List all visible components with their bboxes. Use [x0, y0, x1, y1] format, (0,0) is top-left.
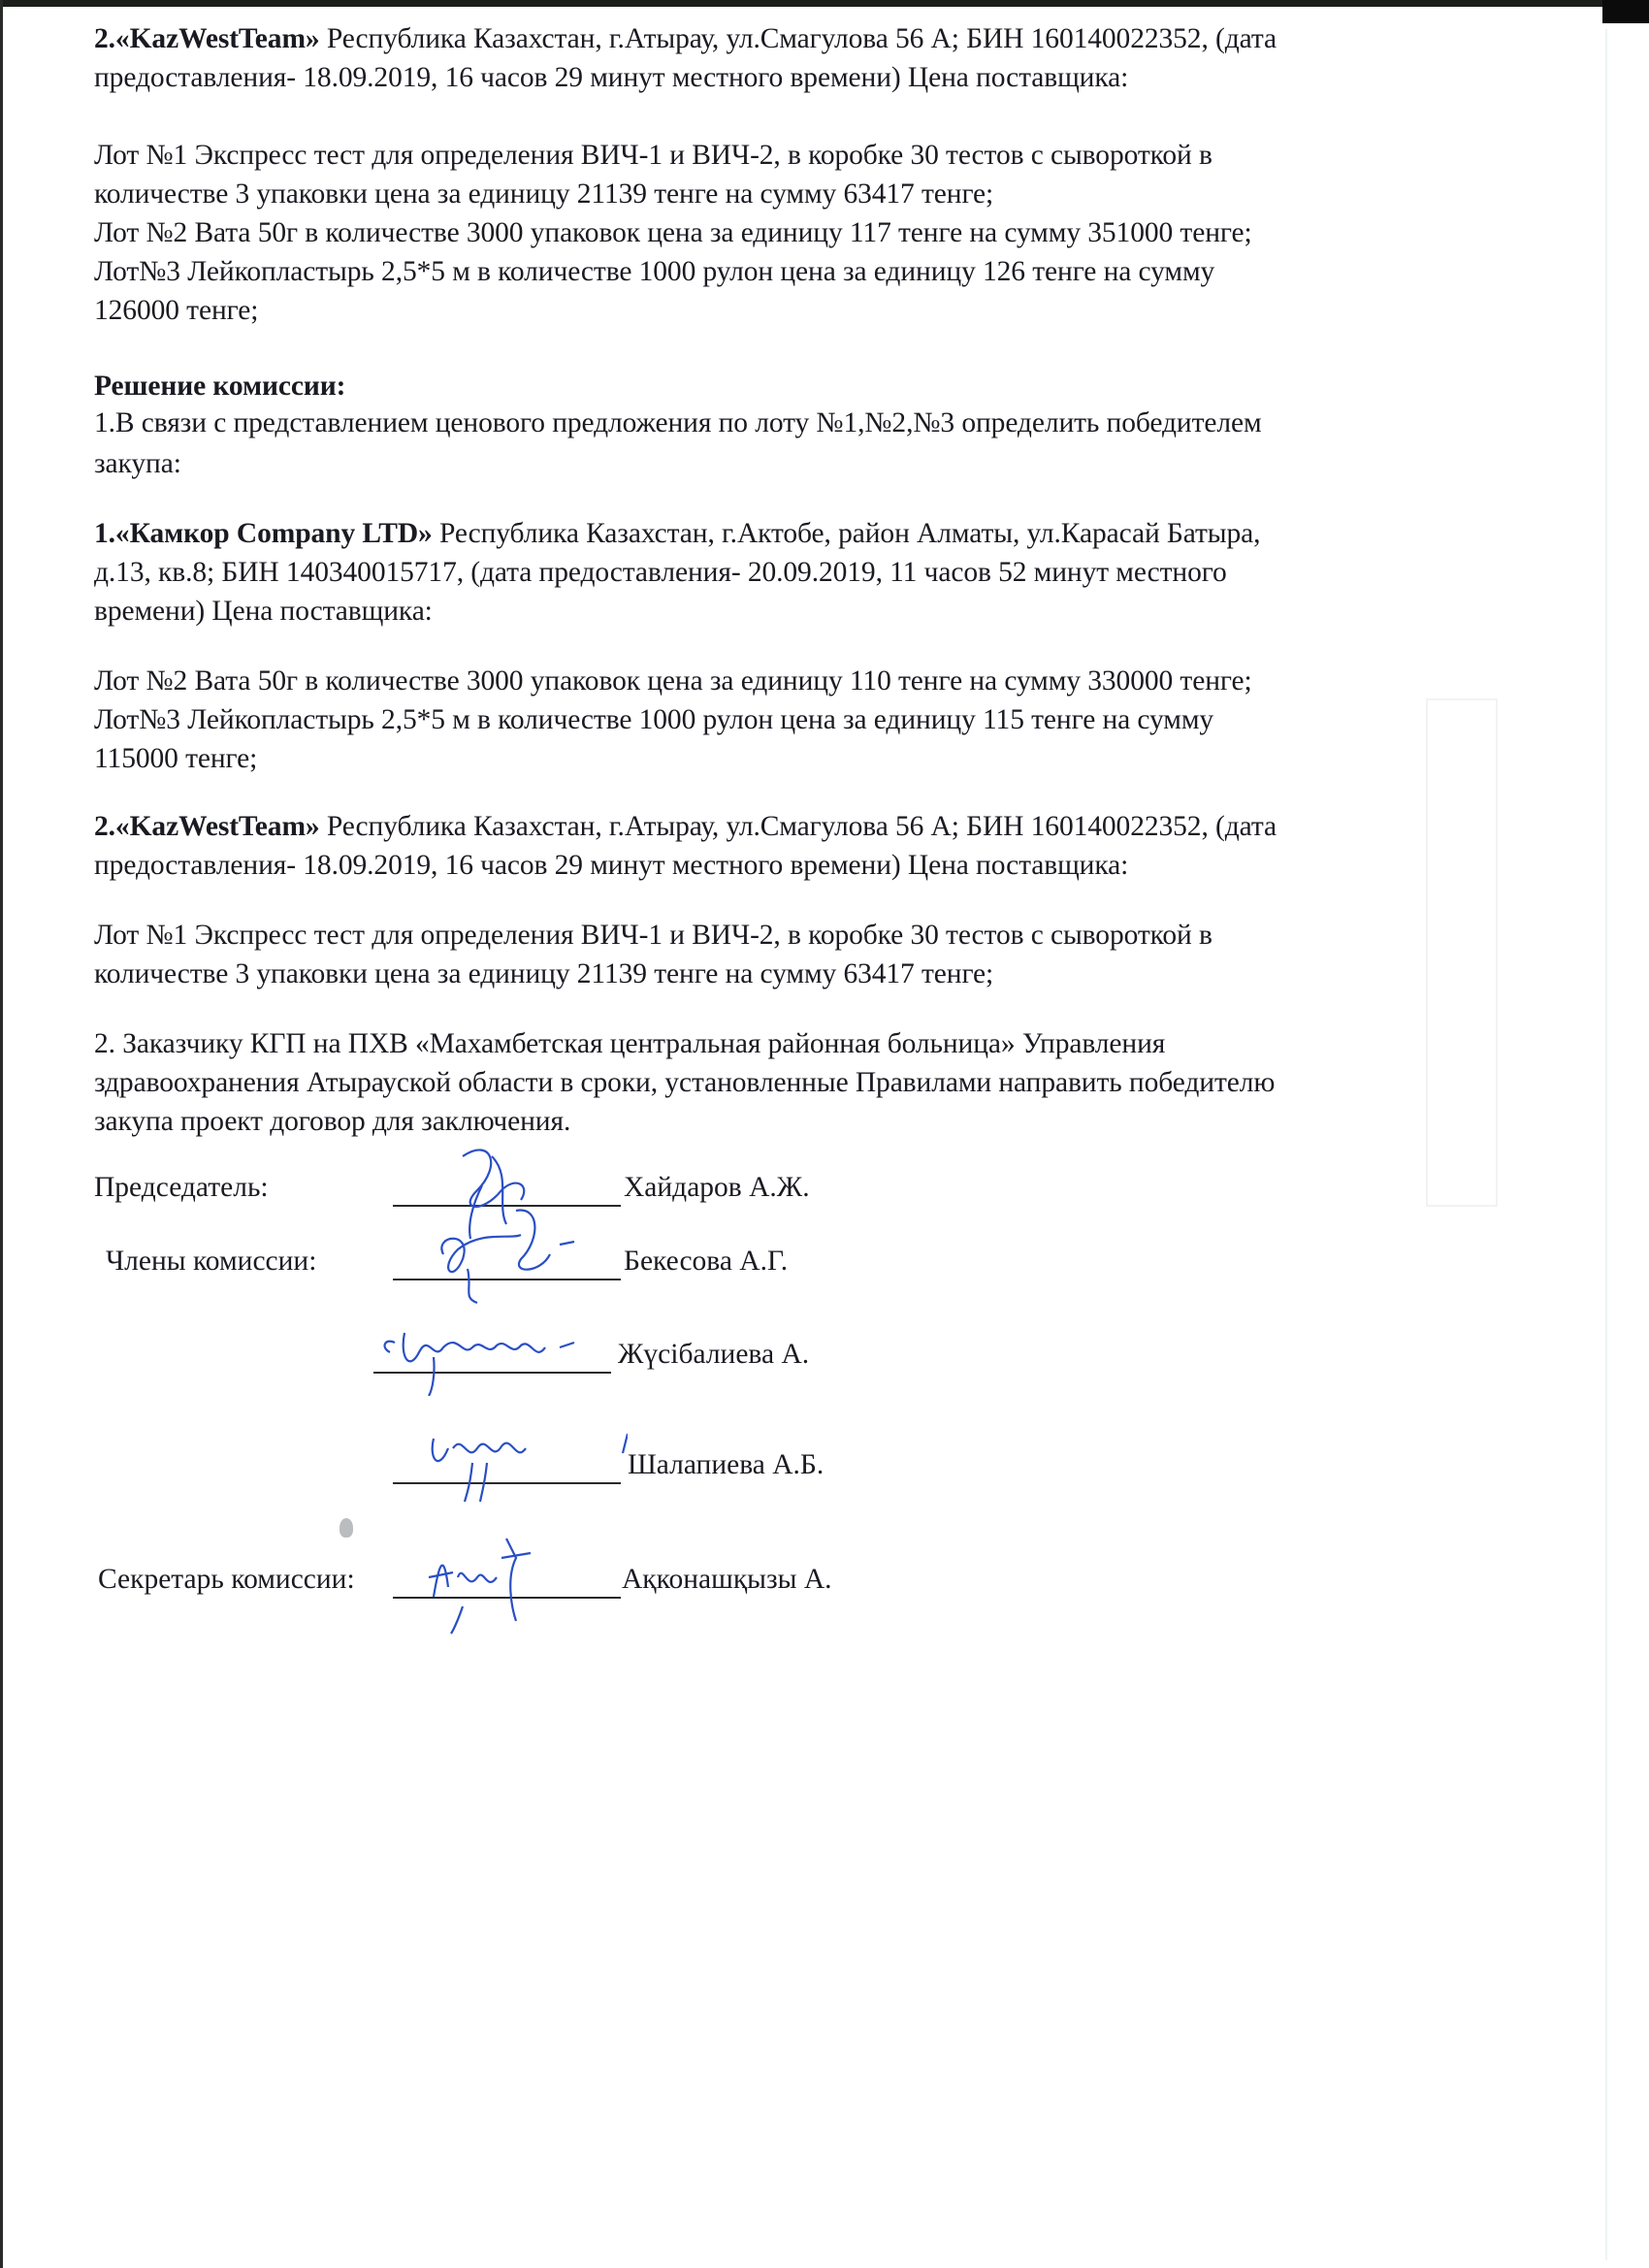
lot3-line: 126000 тенге;	[94, 291, 258, 330]
signatory-name: Бекесова А.Г.	[624, 1246, 788, 1278]
winner-details: Республика Казахстан, г.Актобе, район Ал…	[433, 518, 1261, 549]
lot3-line: 115000 тенге;	[94, 739, 257, 778]
decision-item2: здравоохранения Атырауской области в сро…	[94, 1063, 1275, 1102]
decision-item2: закупа проект договор для заключения.	[94, 1102, 570, 1141]
signature-row-secretary: Секретарь комиссии: Ақконашқызы А.	[94, 1558, 967, 1606]
signatory-name: Хайдаров А.Ж.	[624, 1172, 810, 1204]
signature-label: Секретарь комиссии:	[98, 1564, 355, 1596]
signature-row-member: Члены комиссии: Бекесова А.Г.	[94, 1240, 967, 1288]
decision-item1: закупа:	[94, 444, 181, 483]
winner-kazwest-header: 2.«KazWestTeam» Республика Казахстан, г.…	[94, 807, 1277, 846]
winner-name: 1.«Камкор Company LTD»	[94, 518, 433, 549]
lot1-line: количестве 3 упаковки цена за единицу 21…	[94, 955, 993, 993]
winner-details-line: д.13, кв.8; БИН 140340015717, (дата пред…	[94, 553, 1227, 592]
show-through-edge	[1605, 29, 1607, 2260]
lot1-line: количестве 3 упаковки цена за единицу 21…	[94, 175, 993, 213]
scan-corner-artifact	[1602, 0, 1649, 23]
winner-details-line: предоставления- 18.09.2019, 16 часов 29 …	[94, 846, 1128, 885]
signatory-name: Жүсібалиева А.	[618, 1339, 809, 1371]
signature-row-member: Шалапиева А.Б.	[94, 1443, 967, 1492]
signature-label: Члены комиссии:	[106, 1246, 316, 1278]
winner-details-line: времени) Цена поставщика:	[94, 592, 433, 631]
lot3-line: Лот№3 Лейкопластырь 2,5*5 м в количестве…	[94, 700, 1213, 739]
scan-border-left	[0, 0, 3, 2268]
decision-item2: 2. Заказчику КГП на ПХВ «Махамбетская це…	[94, 1024, 1165, 1063]
signature-scribble-icon	[414, 1419, 628, 1507]
signature-scribble-icon	[414, 1529, 569, 1636]
signatory-name: Ақконашқызы А.	[622, 1564, 832, 1596]
lot2-line: Лот №2 Вата 50г в количестве 3000 упаков…	[94, 213, 1252, 252]
signatory-name: Шалапиева А.Б.	[628, 1449, 824, 1481]
winner-details: Республика Казахстан, г.Атырау, ул.Смагу…	[320, 811, 1277, 842]
winner-kamkor-header: 1.«Камкор Company LTD» Республика Казахс…	[94, 514, 1260, 553]
supplier-name: 2.«KazWestTeam»	[94, 23, 320, 54]
signature-row-member: Жүсібалиева А.	[94, 1333, 967, 1381]
supplier-details-line: предоставления- 18.09.2019, 16 часов 29 …	[94, 58, 1128, 97]
supplier-details: Республика Казахстан, г.Атырау, ул.Смагу…	[320, 23, 1277, 54]
winner-name: 2.«KazWestTeam»	[94, 811, 320, 842]
scan-smudge	[339, 1518, 353, 1538]
lot2-line: Лот №2 Вата 50г в количестве 3000 упаков…	[94, 662, 1252, 700]
lot1-line: Лот №1 Экспресс тест для определения ВИЧ…	[94, 136, 1212, 175]
signature-scribble-icon	[414, 1201, 608, 1308]
supplier-kazwest-header: 2.«KazWestTeam» Республика Казахстан, г.…	[94, 19, 1277, 58]
signature-scribble-icon	[375, 1318, 608, 1396]
decision-heading: Решение комиссии:	[94, 367, 345, 405]
scan-border-top	[0, 0, 1649, 7]
show-through-table	[1426, 698, 1498, 1207]
decision-item1: 1.В связи с представлением ценового пред…	[94, 404, 1262, 442]
signature-label: Председатель:	[94, 1172, 269, 1204]
lot3-line: Лот№3 Лейкопластырь 2,5*5 м в количестве…	[94, 252, 1214, 291]
lot1-line: Лот №1 Экспресс тест для определения ВИЧ…	[94, 916, 1212, 955]
